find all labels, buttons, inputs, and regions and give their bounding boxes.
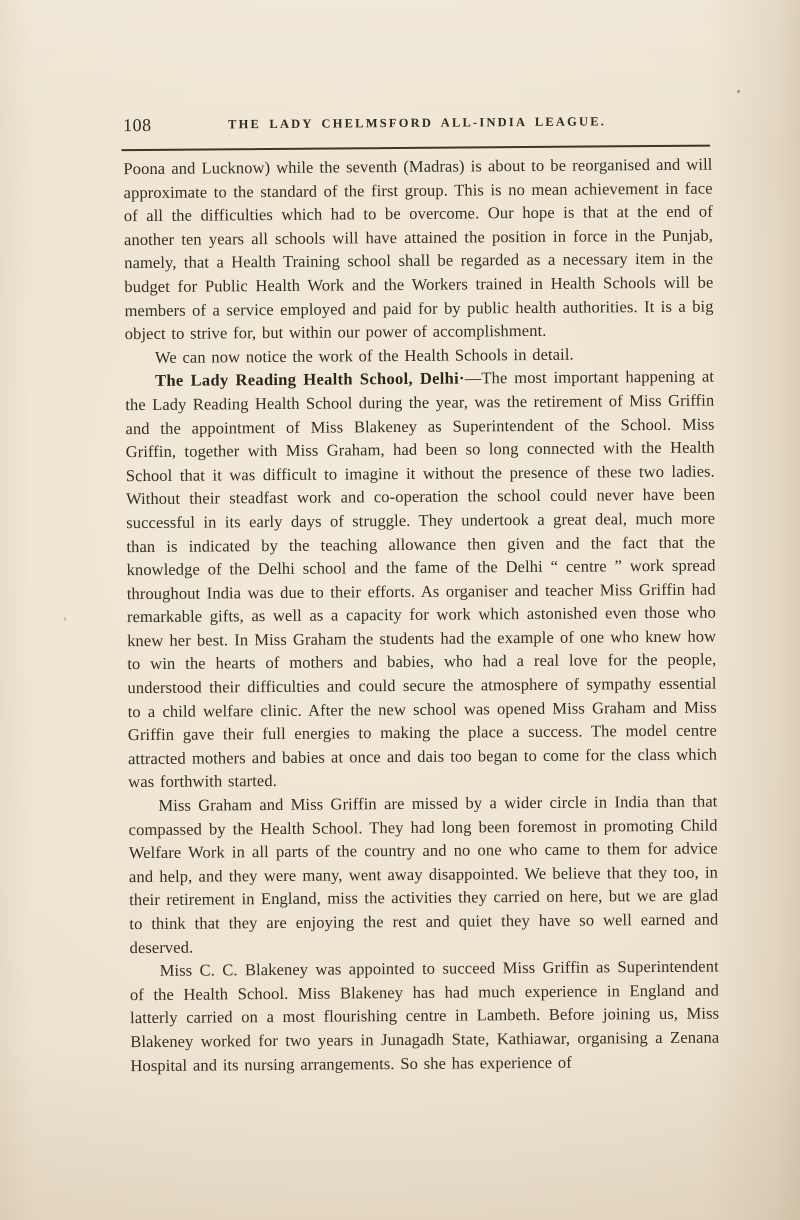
scan-speck <box>64 617 66 621</box>
header-rule <box>121 145 710 151</box>
body-paragraph: Miss Graham and Miss Griffin are missed … <box>128 790 718 960</box>
paragraph-text: —The most important happening at the Lad… <box>125 367 717 792</box>
body-paragraph: Poona and Lucknow) while the seventh (Ma… <box>123 153 713 346</box>
book-page-scan: 108 THE LADY CHELMSFORD ALL-INDIA LEAGUE… <box>0 0 800 1220</box>
body-paragraph: Miss C. C. Blakeney was appointed to suc… <box>130 955 720 1078</box>
paragraph-text: Miss Graham and Miss Griffin are missed … <box>129 792 719 957</box>
paragraph-text: Miss C. C. Blakeney was appointed to suc… <box>130 957 720 1075</box>
section-run-in-heading: The Lady Reading Health School, Delhi· <box>155 369 465 390</box>
scan-speck <box>737 90 740 93</box>
body-text-block: Poona and Lucknow) while the seventh (Ma… <box>123 153 719 1078</box>
body-paragraph-section: The Lady Reading Health School, Delhi·—T… <box>125 365 717 794</box>
running-head-title: THE LADY CHELMSFORD ALL-INDIA LEAGUE. <box>123 114 711 134</box>
paragraph-text: Poona and Lucknow) while the seventh (Ma… <box>123 155 713 344</box>
page-content: 108 THE LADY CHELMSFORD ALL-INDIA LEAGUE… <box>0 0 800 1220</box>
running-header: 108 THE LADY CHELMSFORD ALL-INDIA LEAGUE… <box>123 111 711 140</box>
paragraph-text: We can now notice the work of the Health… <box>155 344 574 366</box>
